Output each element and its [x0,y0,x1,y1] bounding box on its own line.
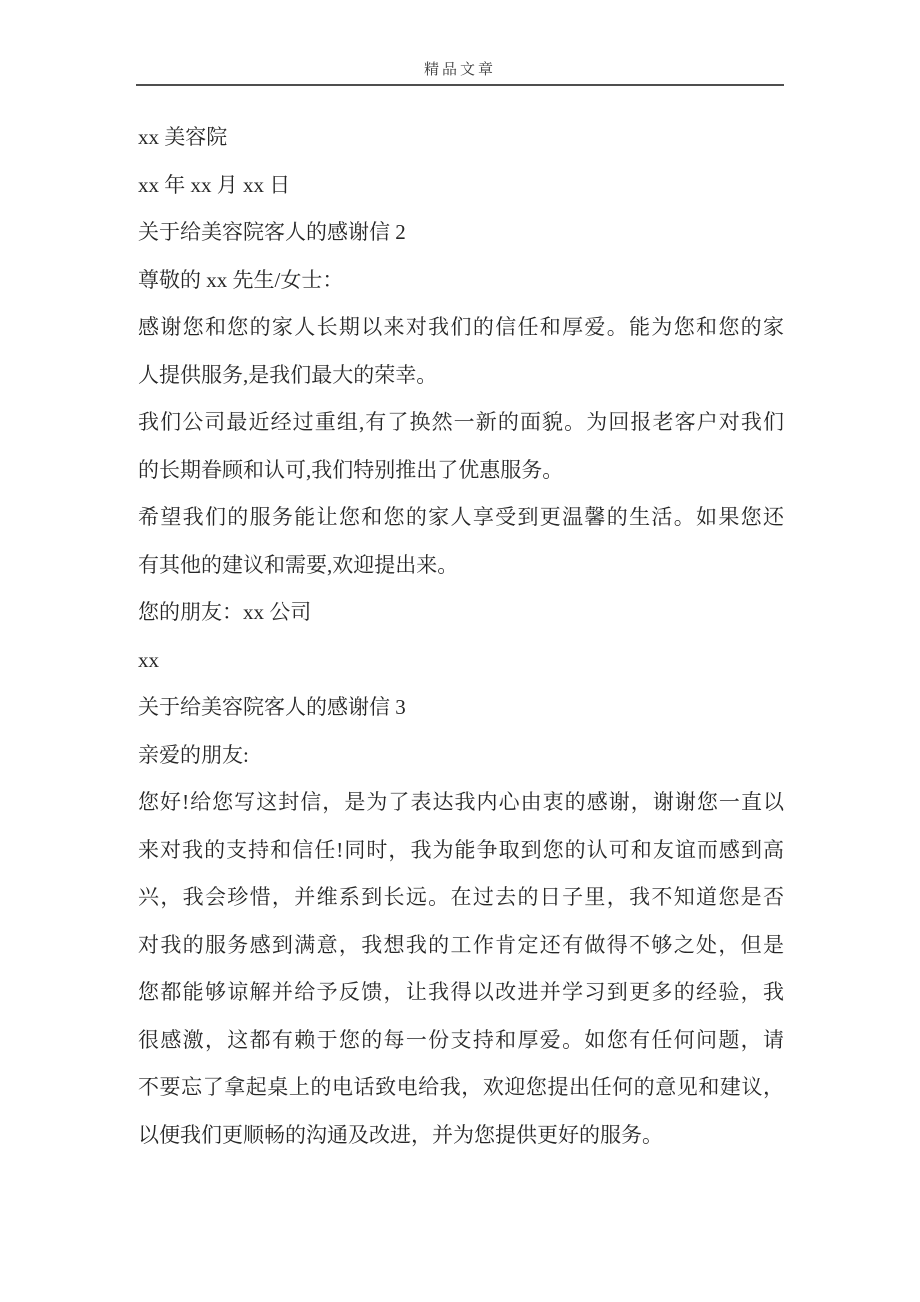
text-line: 有其他的建议和需要,欢迎提出来。 [138,542,784,590]
text-line: 兴，我会珍惜，并维系到长远。在过去的日子里，我不知道您是否 [138,874,784,922]
text-line: 的长期眷顾和认可,我们特别推出了优惠服务。 [138,447,784,495]
text-line: xx 年 xx 月 xx 日 [138,162,784,210]
text-line: 人提供服务,是我们最大的荣幸。 [138,352,784,400]
text-line: 关于给美容院客人的感谢信 2 [138,209,784,257]
text-line: 您的朋友：xx 公司 [138,589,784,637]
text-line: 我们公司最近经过重组,有了换然一新的面貌。为回报老客户对我们 [138,399,784,447]
text-line: 亲爱的朋友: [138,732,784,780]
text-line: 尊敬的 xx 先生/女士： [138,257,784,305]
header-divider [136,84,784,86]
text-line: xx 美容院 [138,114,784,162]
text-line: 对我的服务感到满意，我想我的工作肯定还有做得不够之处，但是 [138,922,784,970]
text-line: 来对我的支持和信任!同时，我为能争取到您的认可和友谊而感到高 [138,827,784,875]
page-header: 精品文章 [136,0,784,86]
document-page: 精品文章 xx 美容院xx 年 xx 月 xx 日关于给美容院客人的感谢信 2尊… [0,0,920,1302]
text-line: 不要忘了拿起桌上的电话致电给我，欢迎您提出任何的意见和建议， [138,1064,784,1112]
text-line: xx [138,637,784,685]
header-title: 精品文章 [136,0,784,79]
text-line: 以便我们更顺畅的沟通及改进，并为您提供更好的服务。 [138,1112,784,1160]
document-body: xx 美容院xx 年 xx 月 xx 日关于给美容院客人的感谢信 2尊敬的 xx… [138,114,784,1159]
text-line: 关于给美容院客人的感谢信 3 [138,684,784,732]
text-line: 您好!给您写这封信，是为了表达我内心由衷的感谢，谢谢您一直以 [138,779,784,827]
text-line: 希望我们的服务能让您和您的家人享受到更温馨的生活。如果您还 [138,494,784,542]
text-line: 感谢您和您的家人长期以来对我们的信任和厚爱。能为您和您的家 [138,304,784,352]
text-line: 您都能够谅解并给予反馈，让我得以改进并学习到更多的经验，我 [138,969,784,1017]
text-line: 很感激，这都有赖于您的每一份支持和厚爱。如您有任何问题，请 [138,1017,784,1065]
